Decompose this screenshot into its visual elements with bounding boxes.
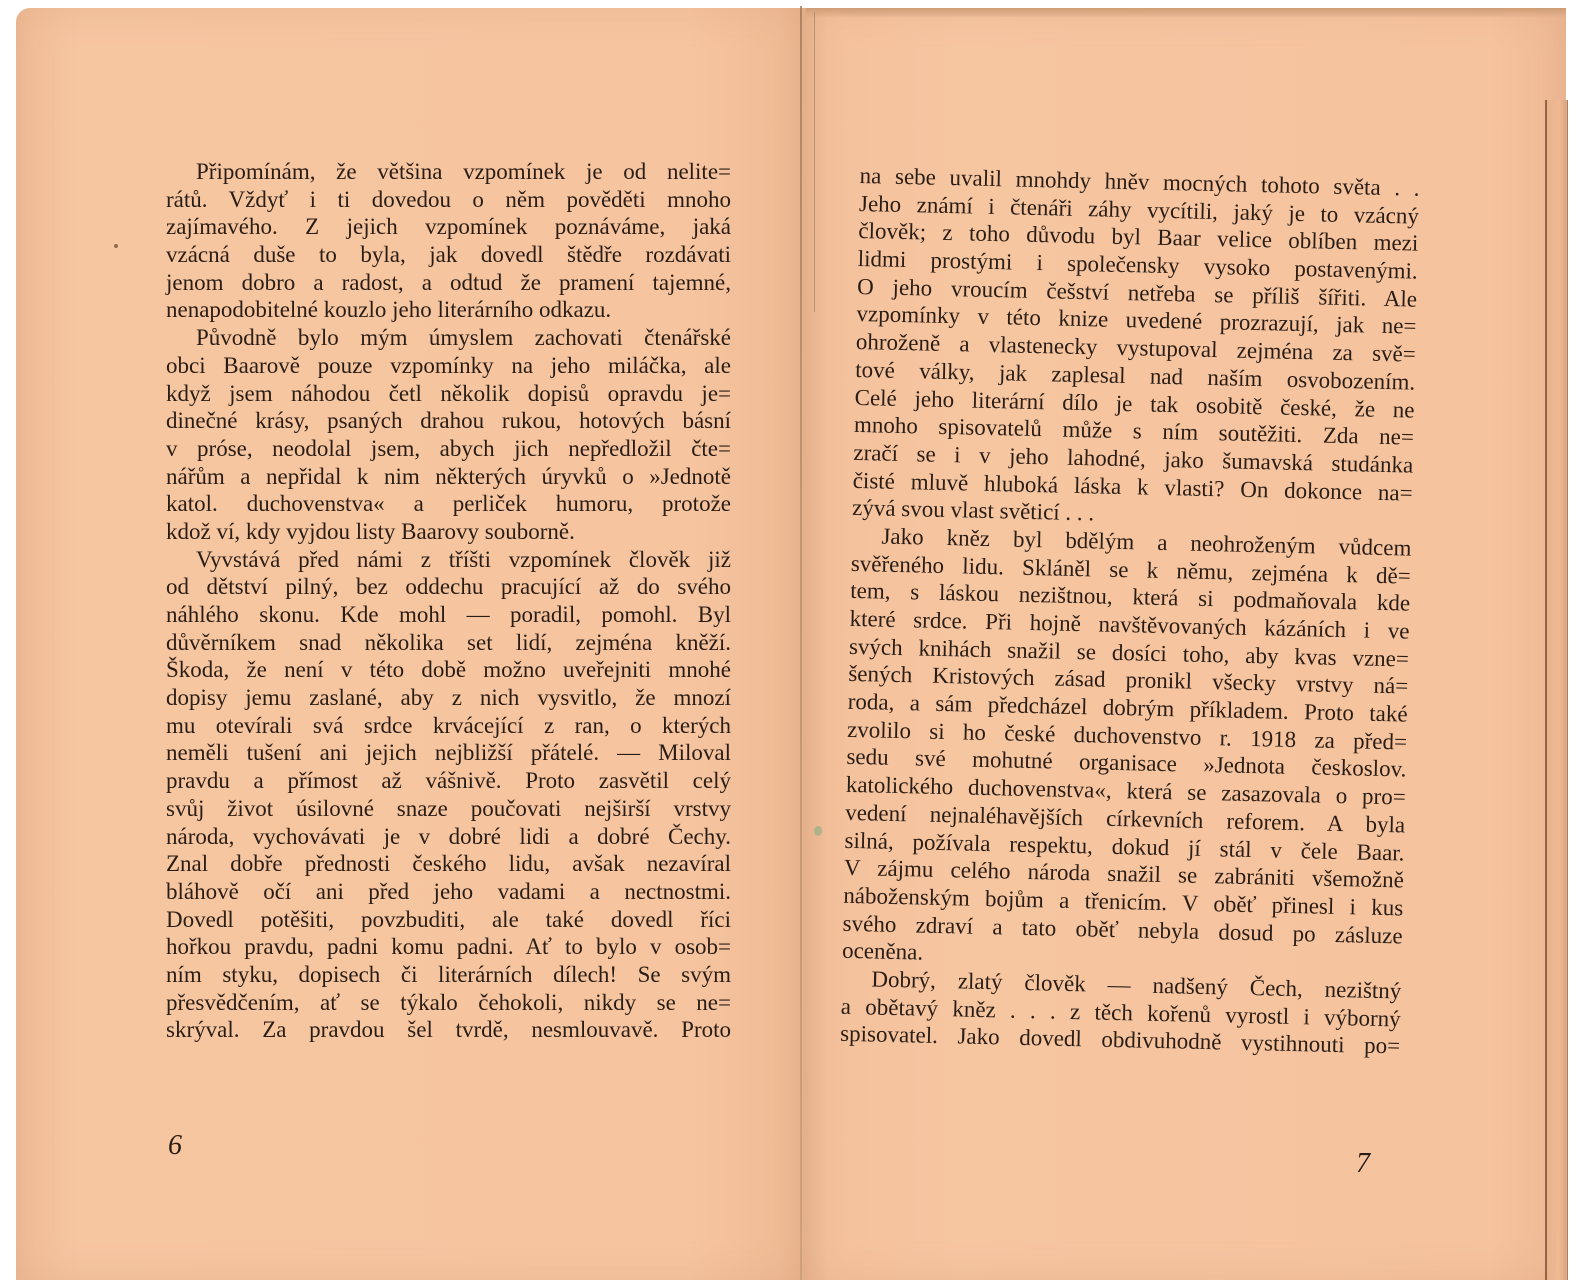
text-line: národa, vychovávati je v dobré lidi a do… bbox=[166, 823, 731, 851]
text-line: ním styku, dopisech či literárních dílec… bbox=[166, 961, 731, 989]
text-line: Škoda, že není v této době možno uveřejn… bbox=[166, 656, 731, 684]
text-line: vzácná duše to byla, jak dovedl štědře r… bbox=[166, 241, 731, 269]
book-gutter bbox=[800, 6, 802, 1280]
text-line: dopisy jemu zaslané, aby z nich vysvitlo… bbox=[166, 684, 731, 712]
text-line: kdož ví, kdy vyjdou listy Baarovy soubor… bbox=[166, 518, 731, 546]
text-line: v próse, neodolal jsem, abych jich nepře… bbox=[166, 435, 731, 463]
text-line: Znal dobře přednosti českého lidu, avšak… bbox=[166, 850, 731, 878]
left-page-text: Připomínám, že většina vzpomínek je od n… bbox=[166, 158, 731, 1044]
text-line: skrýval. Za pravdou šel tvrdě, nesmlouva… bbox=[166, 1016, 731, 1044]
text-line: mu otevírali svá srdce krvácející z ran,… bbox=[166, 712, 731, 740]
text-line: zajímavého. Z jejich vzpomínek poznáváme… bbox=[166, 213, 731, 241]
page-number-left: 6 bbox=[168, 1130, 182, 1162]
text-line: obci Baarově pouze vzpomínky na jeho mil… bbox=[166, 352, 731, 380]
book-spread: Připomínám, že většina vzpomínek je od n… bbox=[0, 0, 1581, 1280]
page-stack-edge bbox=[1545, 100, 1568, 1280]
text-line: katol. duchovenstva« a perliček humoru, … bbox=[166, 490, 731, 518]
text-line: neměli tušení ani jejich nejbližší přáte… bbox=[166, 739, 731, 767]
right-page-top-edge bbox=[806, 8, 1566, 18]
text-line: pravdu a přímost až vášnivě. Proto zasvě… bbox=[166, 767, 731, 795]
text-line: Připomínám, že většina vzpomínek je od n… bbox=[166, 158, 731, 186]
right-page-text: na sebe uvalil mnohdy hněv mocných tohot… bbox=[840, 162, 1420, 1060]
text-line: náhlého skonu. Kde mohl — poradil, pomoh… bbox=[166, 601, 731, 629]
text-line: důvěrníkem snad několika set lidí, zejmé… bbox=[166, 629, 731, 657]
text-line: Původně bylo mým úmyslem zachovati čtená… bbox=[166, 324, 731, 352]
text-line: hořkou pravdu, padni komu padni. Ať to b… bbox=[166, 933, 731, 961]
text-line: od dětství pilný, bez oddechu pracující … bbox=[166, 573, 731, 601]
paper-speck bbox=[114, 244, 118, 248]
text-line: když jsem náhodou četl několik dopisů op… bbox=[166, 380, 731, 408]
text-line: přesvědčením, ať se týkalo čehokoli, nik… bbox=[166, 989, 731, 1017]
page-number-right: 7 bbox=[1356, 1148, 1370, 1180]
text-line: dinečné krásy, psaných drahou rukou, hot… bbox=[166, 407, 731, 435]
paper-stain bbox=[814, 826, 822, 836]
text-line: Dovedl potěšiti, povzbuditi, ale také do… bbox=[166, 906, 731, 934]
text-line: nářům a nepřidal k nim některých úryvků … bbox=[166, 463, 731, 491]
text-line: nenapodobitelné kouzlo jeho literárního … bbox=[166, 296, 731, 324]
text-line: Vyvstává před námi z tříšti vzpomínek čl… bbox=[166, 546, 731, 574]
page-crease bbox=[814, 12, 815, 312]
text-line: rátů. Vždyť i ti dovedou o něm pověděti … bbox=[166, 186, 731, 214]
text-line: jenom dobro a radost, a odtud že pramení… bbox=[166, 269, 731, 297]
text-line: svůj život úsilovné snaze poučovati nejš… bbox=[166, 795, 731, 823]
text-line: bláhově očí ani před jeho vadami a nectn… bbox=[166, 878, 731, 906]
